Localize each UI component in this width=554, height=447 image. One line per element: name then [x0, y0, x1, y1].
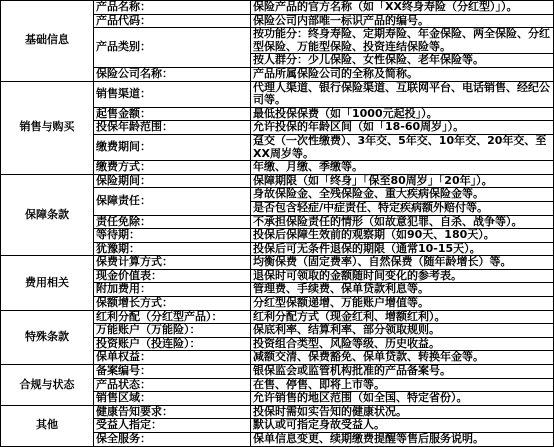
field-description-cell: 按功能分：终身寿险、定期寿险、年金保险、两全保险、分红型保险、万能型保险、投资连… [251, 28, 554, 54]
table-row: 销售与购买销售渠道：代理人渠道、银行保险渠道、互联网平台、电话销售、经纪公司等。 [1, 81, 554, 107]
field-description-cell: 保单信息变更、续期缴费提醒等售后服务说明。 [251, 433, 554, 447]
field-name-cell: 产品状态： [94, 378, 251, 392]
field-name-cell: 备案编号： [94, 365, 251, 379]
table-row: 合规与状态备案编号：银保监会或监管机构批准的产品备案号。 [1, 365, 554, 379]
field-name-cell: 缴费期间： [94, 134, 251, 160]
field-description-cell: 身故保险金、全残保险金、重大疾病保险金等。 [251, 188, 554, 202]
field-name-cell: 保险公司名称： [94, 67, 251, 81]
insurance-fields-document: 基础信息产品名称：保险产品的官方名称（如「XX终身寿险（分红型）」）。产品代码：… [0, 0, 554, 447]
field-name-cell: 保险期间： [94, 174, 251, 188]
field-description-cell: 退保时可领取的金额随时间变化的参考表。 [251, 269, 554, 283]
field-description-cell: 管理费、手续费、保单贷款利息等。 [251, 283, 554, 297]
insurance-product-fields-table: 基础信息产品名称：保险产品的官方名称（如「XX终身寿险（分红型）」）。产品代码：… [0, 0, 554, 447]
field-name-cell: 起售金额： [94, 107, 251, 121]
field-name-cell: 保障责任： [94, 188, 251, 215]
field-description-cell: 按人群分：少儿保险、女性保险、老年保险等。 [251, 54, 554, 68]
field-name-cell: 等待期： [94, 229, 251, 243]
table-body: 基础信息产品名称：保险产品的官方名称（如「XX终身寿险（分红型）」）。产品代码：… [1, 1, 554, 447]
field-name-cell: 产品代码： [94, 14, 251, 28]
field-name-cell: 健康告知要求： [94, 405, 251, 419]
field-description-cell: 均衡保费（固定费率）、自然保费（随年龄增长）等。 [251, 256, 554, 270]
field-description-cell: 代理人渠道、银行保险渠道、互联网平台、电话销售、经纪公司等。 [251, 81, 554, 107]
field-description-cell: 投资组合类型、风险等级、历史收益。 [251, 337, 554, 351]
field-name-cell: 投保年龄范围： [94, 121, 251, 135]
field-description-cell: 保险产品的官方名称（如「XX终身寿险（分红型）」）。 [251, 1, 554, 15]
field-description-cell: 趸交（一次性缴费）、3年交、5年交、10年交、20年交、至XX周岁等。 [251, 134, 554, 160]
field-description-cell: 不承担保险责任的情形（如故意犯罪、自杀、战争等）。 [251, 215, 554, 229]
field-name-cell: 责任免除： [94, 215, 251, 229]
category-cell: 费用相关 [1, 256, 94, 310]
field-name-cell: 红利分配（分红型产品）： [94, 310, 251, 324]
field-name-cell: 保额增长方式： [94, 297, 251, 311]
table-row: 费用相关保费计算方式：均衡保费（固定费率）、自然保费（随年龄增长）等。 [1, 256, 554, 270]
field-name-cell: 保单权益： [94, 351, 251, 365]
field-description-cell: 投保后可无条件退保的期限（通常10-15天）。 [251, 242, 554, 256]
field-description-cell: 保险公司内部唯一标识产品的编号。 [251, 14, 554, 28]
field-description-cell: 允许销售的地区范围（如全国、特定省份）。 [251, 392, 554, 406]
field-name-cell: 万能账户（万能险）： [94, 324, 251, 338]
category-cell: 合规与状态 [1, 365, 94, 406]
field-description-cell: 分红型保额递增、万能账户增值等。 [251, 297, 554, 311]
category-cell: 其他 [1, 405, 94, 446]
table-row: 基础信息产品名称：保险产品的官方名称（如「XX终身寿险（分红型）」）。 [1, 1, 554, 15]
table-row: 特殊条款红利分配（分红型产品）：红利分配方式（现金红利、增额红利）。 [1, 310, 554, 324]
field-description-cell: 最低投保保费（如「1000元起投」）。 [251, 107, 554, 121]
field-name-cell: 缴费方式： [94, 161, 251, 175]
table-row: 其他健康告知要求：投保时需如实告知的健康状况。 [1, 405, 554, 419]
category-cell: 基础信息 [1, 1, 94, 82]
field-name-cell: 犹豫期： [94, 242, 251, 256]
field-name-cell: 保费计算方式： [94, 256, 251, 270]
field-description-cell: 默认或可指定身故受益人。 [251, 419, 554, 433]
field-description-cell: 保障期限（如「终身」「保至80周岁」「20年」）。 [251, 174, 554, 188]
field-description-cell: 红利分配方式（现金红利、增额红利）。 [251, 310, 554, 324]
field-description-cell: 产品所属保险公司的全称及简称。 [251, 67, 554, 81]
field-description-cell: 银保监会或监管机构批准的产品备案号。 [251, 365, 554, 379]
field-name-cell: 投资账户（投连险）： [94, 337, 251, 351]
field-description-cell: 是否包含轻症/中症责任、特定疾病额外赔付等。 [251, 201, 554, 215]
field-name-cell: 销售渠道： [94, 81, 251, 107]
field-description-cell: 允许投保的年龄区间（如「18-60周岁」）。 [251, 121, 554, 135]
field-description-cell: 保底利率、结算利率、部分领取规则。 [251, 324, 554, 338]
field-description-cell: 投保时需如实告知的健康状况。 [251, 405, 554, 419]
field-name-cell: 保全服务： [94, 433, 251, 447]
category-cell: 特殊条款 [1, 310, 94, 364]
field-name-cell: 受益人指定： [94, 419, 251, 433]
category-cell: 销售与购买 [1, 81, 94, 174]
field-description-cell: 减额交清、保费豁免、保单贷款、转换年金等。 [251, 351, 554, 365]
field-name-cell: 销售区域： [94, 392, 251, 406]
field-name-cell: 附加费用： [94, 283, 251, 297]
category-cell: 保障条款 [1, 174, 94, 256]
field-description-cell: 在售、停售、即将上市等。 [251, 378, 554, 392]
field-description-cell: 年缴、月缴、季缴等。 [251, 161, 554, 175]
field-name-cell: 产品名称： [94, 1, 251, 15]
field-name-cell: 产品类别： [94, 28, 251, 68]
field-description-cell: 投保后保障生效前的观察期（如90天、180天）。 [251, 229, 554, 243]
field-name-cell: 现金价值表： [94, 269, 251, 283]
table-row: 保障条款保险期间：保障期限（如「终身」「保至80周岁」「20年」）。 [1, 174, 554, 188]
